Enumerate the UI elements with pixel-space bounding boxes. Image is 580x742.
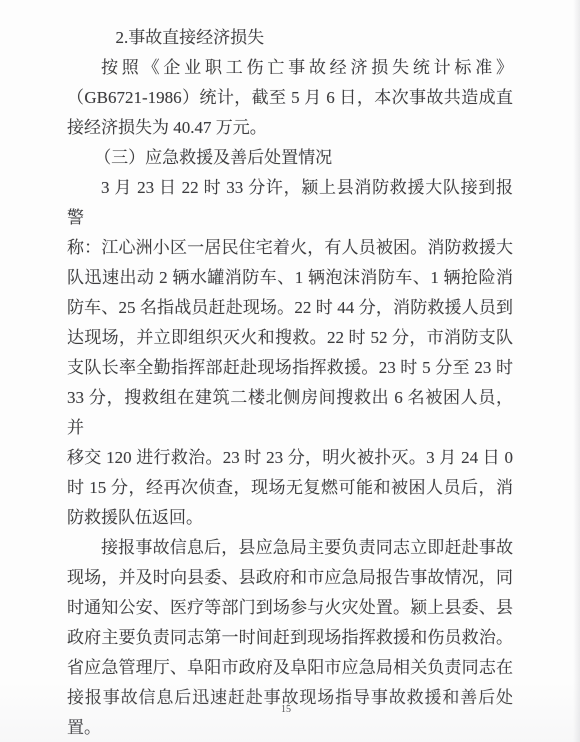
text-line: 3 月 23 日 22 时 33 分许，颍上县消防救援大队接到报警 [67, 173, 513, 233]
text-line: 省应急管理厅、阜阳市政府及阜阳市应急局相关负责同志在 [67, 653, 513, 683]
section-heading: 2.事故直接经济损失 [67, 23, 513, 53]
text-line: 33 分，搜救组在建筑二楼北侧房间搜救出 6 名被困人员，并 [67, 383, 513, 443]
text-line: 按照《企业职工伤亡事故经济损失统计标准》 [67, 53, 513, 83]
text-line: 置。 [67, 713, 513, 742]
text-line: 支队长率全勤指挥部赶赴现场指挥救援。23 时 5 分至 23 时 [67, 353, 513, 383]
text-line: 称：江心洲小区一居民住宅着火，有人员被困。消防救援大 [67, 233, 513, 263]
text-line: 移交 120 进行救治。23 时 23 分，明火被扑灭。3 月 24 日 0 [67, 443, 513, 473]
text-line: 接报事故信息后，县应急局主要负责同志立即赶赴事故 [67, 533, 513, 563]
document-page: 2.事故直接经济损失 按照《企业职工伤亡事故经济损失统计标准》 （GB6721-… [0, 0, 580, 742]
page-number: 15 [0, 703, 572, 717]
text-line: （GB6721-1986）统计，截至 5 月 6 日，本次事故共造成直 [67, 83, 513, 113]
text-line: 现场，并及时向县委、县政府和市应急局报告事故情况，同 [67, 563, 513, 593]
text-line: 防救援队伍返回。 [67, 503, 513, 533]
section-heading: （三）应急救援及善后处置情况 [67, 143, 513, 173]
text-line: 时 15 分，经再次侦查，现场无复燃可能和被困人员后，消 [67, 473, 513, 503]
text-line: 队迅速出动 2 辆水罐消防车、1 辆泡沫消防车、1 辆抢险消 [67, 263, 513, 293]
text-line: 防车、25 名指战员赶赴现场。22 时 44 分，消防救援人员到 [67, 293, 513, 323]
text-line: 政府主要负责同志第一时间赶到现场指挥救援和伤员救治。 [67, 623, 513, 653]
text-line: 接经济损失为 40.47 万元。 [67, 113, 513, 143]
text-line: 时通知公安、医疗等部门到场参与火灾处置。颍上县委、县 [67, 593, 513, 623]
document-text-block: 2.事故直接经济损失 按照《企业职工伤亡事故经济损失统计标准》 （GB6721-… [67, 23, 513, 742]
text-line: 达现场，并立即组织灭火和搜救。22 时 52 分，市消防支队 [67, 323, 513, 353]
